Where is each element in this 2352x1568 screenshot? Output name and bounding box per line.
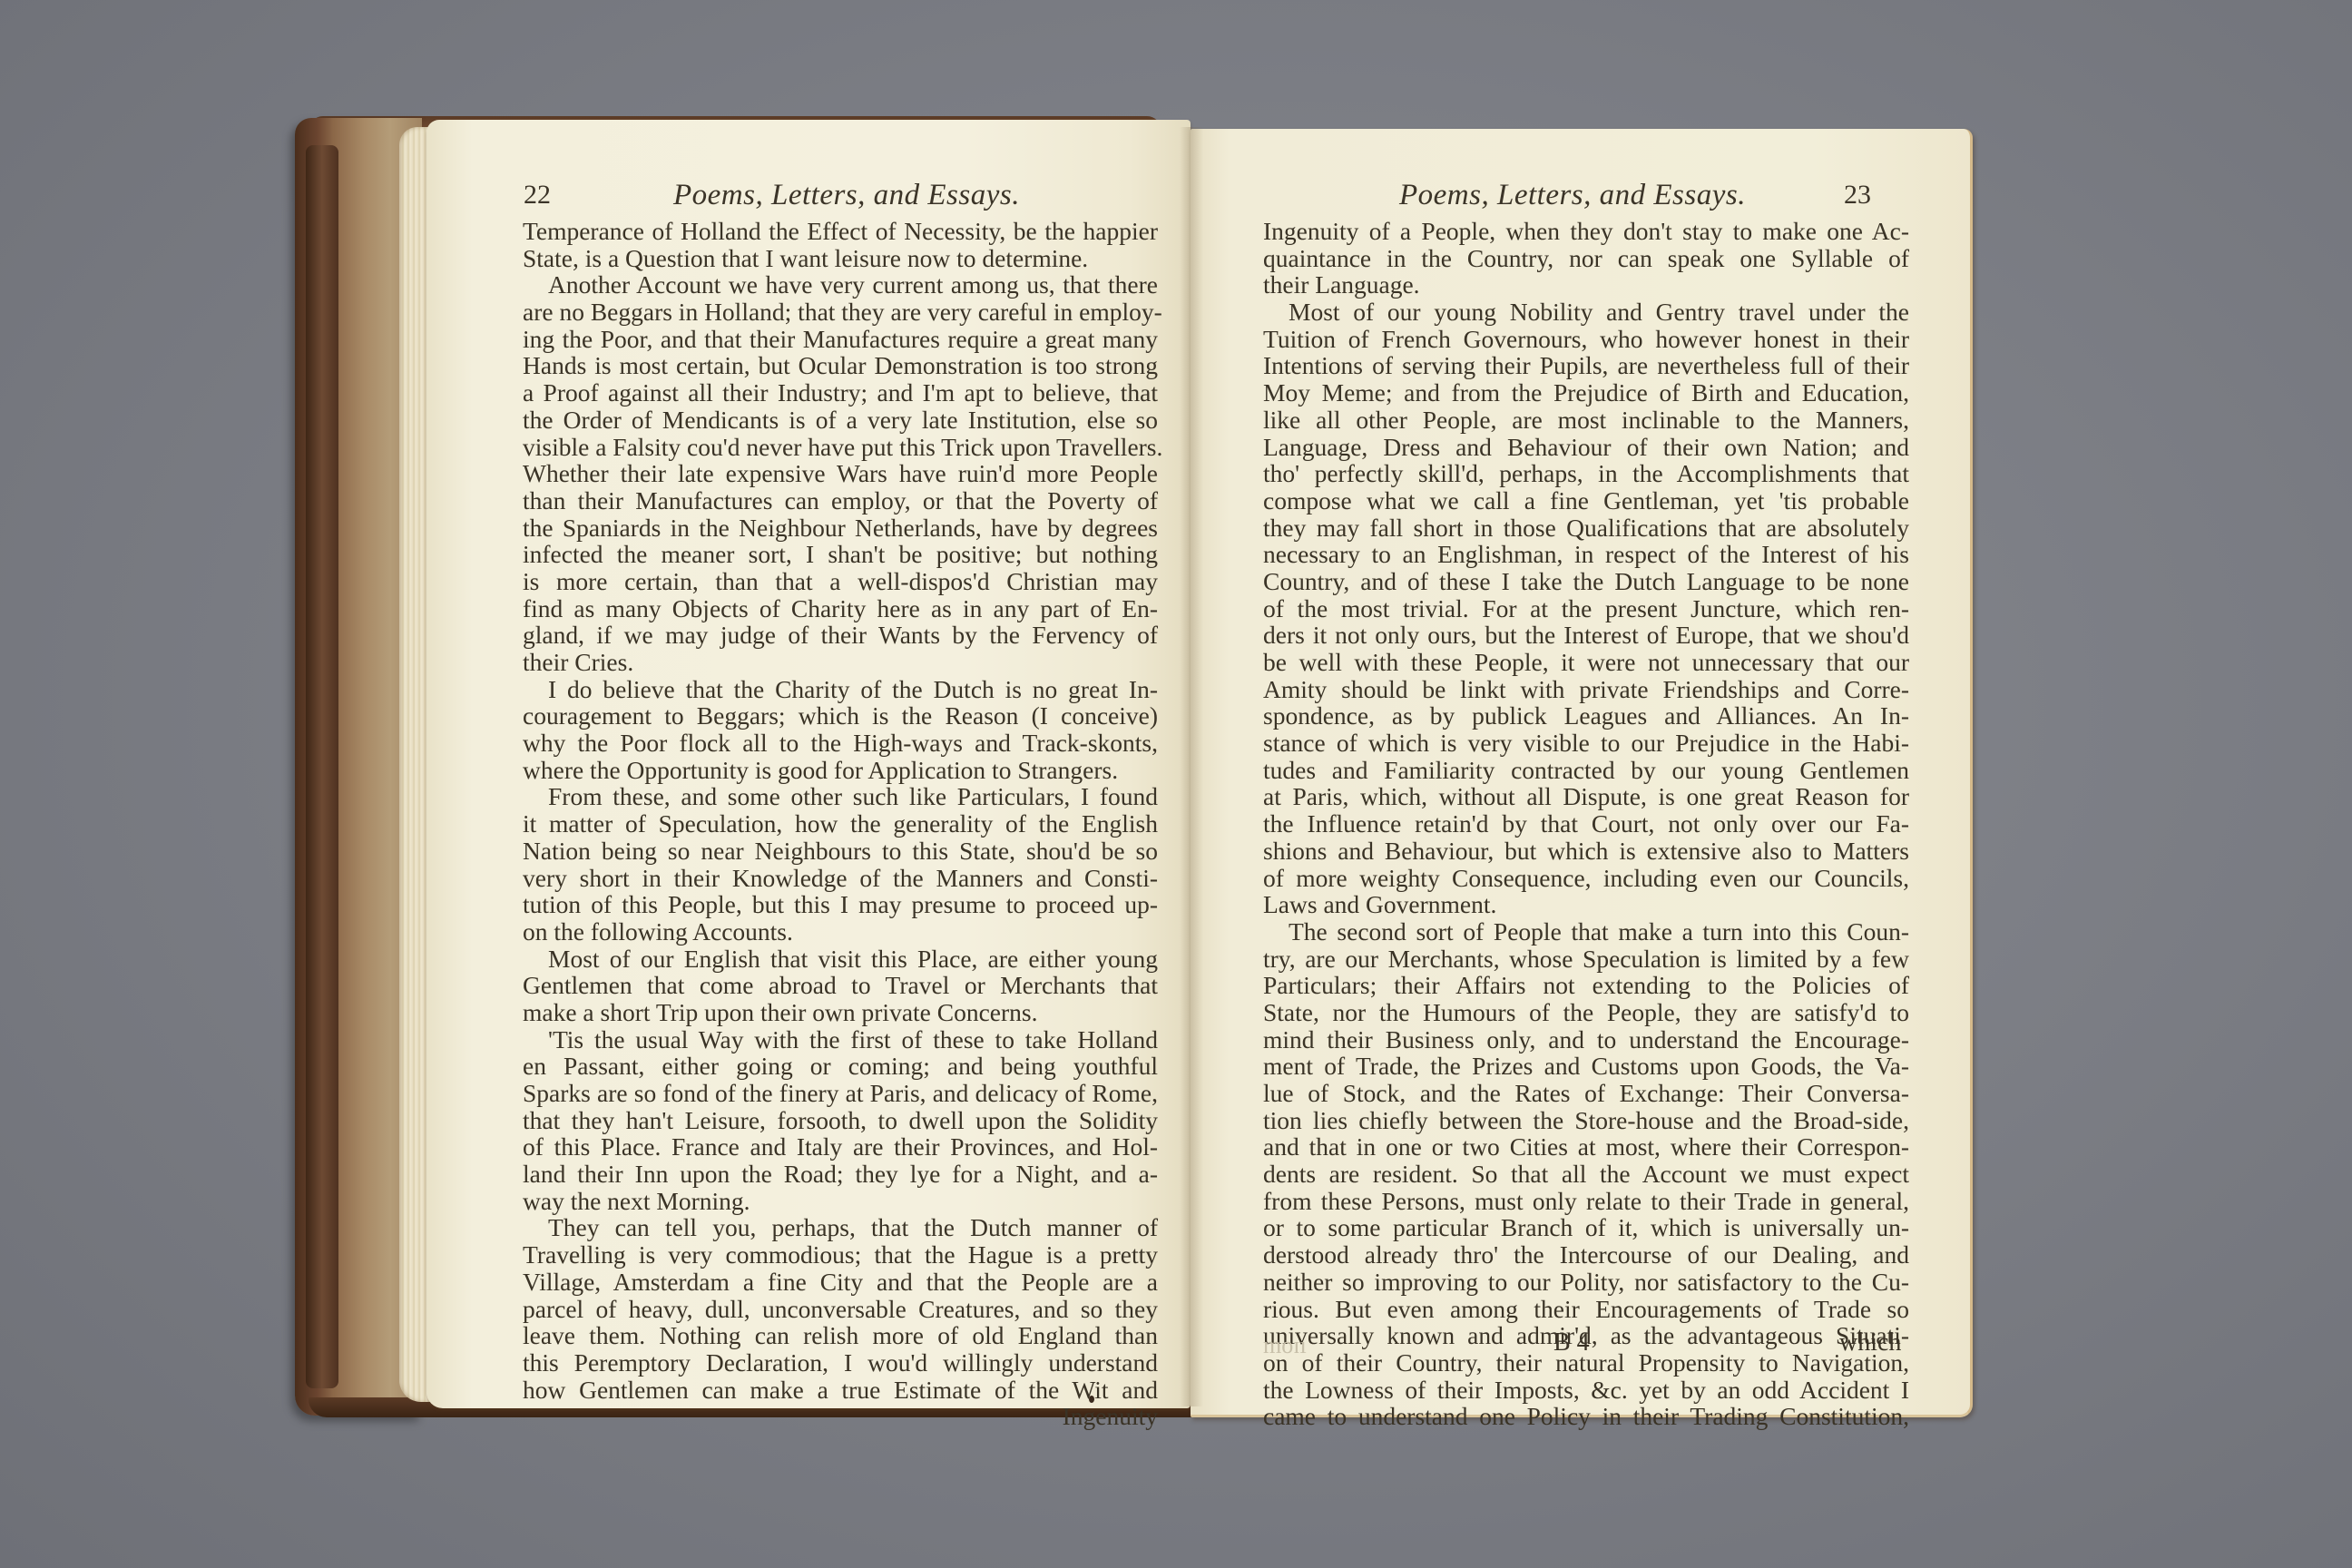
text-line: the Spaniards in the Neighbour Netherlan… bbox=[523, 514, 1158, 542]
text-line: en Passant, either going or coming; and … bbox=[523, 1053, 1158, 1080]
page-number-right: 23 bbox=[1844, 174, 1871, 216]
text-line: compose what we call a fine Gentleman, y… bbox=[1263, 487, 1909, 514]
text-line: make a short Trip upon their own private… bbox=[523, 999, 1158, 1026]
text-line: necessary to an Englishman, in respect o… bbox=[1263, 541, 1909, 568]
text-line: Tuition of French Governours, who howeve… bbox=[1263, 326, 1909, 353]
text-line: they may fall short in those Qualificati… bbox=[1263, 514, 1909, 542]
running-title-right: Poems, Letters, and Essays. bbox=[1399, 174, 1746, 216]
text-line: Nation being so near Neighbours to this … bbox=[523, 838, 1158, 865]
text-line: be well with these People, it were not u… bbox=[1263, 649, 1909, 676]
text-line: Amity should be linkt with private Frien… bbox=[1263, 676, 1909, 703]
text-line: it matter of Speculation, how the genera… bbox=[523, 810, 1158, 838]
text-line: land their Inn upon the Road; they lye f… bbox=[523, 1161, 1158, 1188]
text-line: try, are our Merchants, whose Speculatio… bbox=[1263, 946, 1909, 973]
text-line: from these Persons, must only relate to … bbox=[1263, 1188, 1909, 1215]
text-line: derstood already thro' the Intercourse o… bbox=[1263, 1241, 1909, 1269]
text-line: the Order of Mendicants is of a very lat… bbox=[523, 407, 1158, 434]
text-line: infected the meaner sort, I shan't be po… bbox=[523, 541, 1158, 568]
text-line: Particulars; their Affairs not extending… bbox=[1263, 972, 1909, 999]
text-line: lue of Stock, and the Rates of Exchange:… bbox=[1263, 1080, 1909, 1107]
text-line: ment of Trade, the Prizes and Customs up… bbox=[1263, 1053, 1909, 1080]
text-line: dents are resident. So that all the Acco… bbox=[1263, 1161, 1909, 1188]
text-line: tudes and Familiarity contracted by our … bbox=[1263, 757, 1909, 784]
text-line: of this Place. France and Italy are thei… bbox=[523, 1133, 1158, 1161]
text-line: mind their Business only, and to underst… bbox=[1263, 1026, 1909, 1053]
catchword-left: Ingenuity bbox=[523, 1403, 1158, 1430]
text-line: Sparks are so fond of the finery at Pari… bbox=[523, 1080, 1158, 1107]
text-line: 'Tis the usual Way with the first of the… bbox=[523, 1026, 1158, 1053]
text-line: They can tell you, perhaps, that the Dut… bbox=[523, 1214, 1158, 1241]
text-line: are no Beggars in Holland; that they are… bbox=[523, 299, 1158, 326]
text-line: their Cries. bbox=[523, 649, 1158, 676]
text-line: Gentlemen that come abroad to Travel or … bbox=[523, 972, 1158, 999]
text-line: this Peremptory Declaration, I wou'd wil… bbox=[523, 1349, 1158, 1377]
text-line: Hands is most certain, but Ocular Demons… bbox=[523, 352, 1158, 379]
text-line: Another Account we have very current amo… bbox=[523, 271, 1158, 299]
text-line: a Proof against all their Industry; and … bbox=[523, 379, 1158, 407]
text-line: State, is a Question that I want leisure… bbox=[523, 245, 1158, 272]
ink-speck bbox=[1089, 1396, 1094, 1403]
text-line: came to understand one Policy in their T… bbox=[1263, 1403, 1909, 1430]
text-line: that they han't Leisure, forsooth, to dw… bbox=[523, 1107, 1158, 1134]
text-line: stance of which is very visible to our P… bbox=[1263, 730, 1909, 757]
text-line: Travelling is very commodious; that the … bbox=[523, 1241, 1158, 1269]
catchword-right: which bbox=[1839, 1328, 1901, 1357]
text-line: where the Opportunity is good for Applic… bbox=[523, 757, 1158, 784]
text-line: spondence, as by publick Leagues and All… bbox=[1263, 702, 1909, 730]
text-line: Most of our English that visit this Plac… bbox=[523, 946, 1158, 973]
text-line: rious. But even among their Encouragemen… bbox=[1263, 1296, 1909, 1323]
text-line: The second sort of People that make a tu… bbox=[1263, 918, 1909, 946]
right-page: Poems, Letters, and Essays. 23 Ingenuity… bbox=[1191, 129, 1973, 1417]
open-book: 22 Poems, Letters, and Essays. Temperanc… bbox=[0, 0, 2352, 1568]
text-line: neither so improving to our Polity, nor … bbox=[1263, 1269, 1909, 1296]
text-line: on the following Accounts. bbox=[523, 918, 1158, 946]
text-line: is more certain, than that a well-dispos… bbox=[523, 568, 1158, 595]
text-line: at Paris, which, without all Dispute, is… bbox=[1263, 783, 1909, 810]
text-line: I do believe that the Charity of the Dut… bbox=[523, 676, 1158, 703]
text-line: of more weighty Consequence, including e… bbox=[1263, 865, 1909, 892]
text-line: tho' perfectly skill'd, perhaps, in the … bbox=[1263, 460, 1909, 487]
text-line: leave them. Nothing can relish more of o… bbox=[523, 1322, 1158, 1349]
page-number-left: 22 bbox=[524, 174, 551, 216]
text-line: Language, Dress and Behaviour of their o… bbox=[1263, 434, 1909, 461]
text-line: find as many Objects of Charity here as … bbox=[523, 595, 1158, 622]
text-line: State, nor the Humours of the People, th… bbox=[1263, 999, 1909, 1026]
text-line: Most of our young Nobility and Gentry tr… bbox=[1263, 299, 1909, 326]
text-line: Moy Meme; and from the Prejudice of Birt… bbox=[1263, 379, 1909, 407]
show-through-text: moɪı bbox=[1263, 1332, 1307, 1359]
text-line: shions and Behaviour, but which is exten… bbox=[1263, 838, 1909, 865]
text-line: tution of this People, but this I may pr… bbox=[523, 891, 1158, 918]
running-head-left: 22 Poems, Letters, and Essays. bbox=[426, 174, 1191, 216]
text-line: couragement to Beggars; which is the Rea… bbox=[523, 702, 1158, 730]
text-line: Country, and of these I take the Dutch L… bbox=[1263, 568, 1909, 595]
text-line: very short in their Knowledge of the Man… bbox=[523, 865, 1158, 892]
text-line: way the next Morning. bbox=[523, 1188, 1158, 1215]
text-line: Ingenuity of a People, when they don't s… bbox=[1263, 218, 1909, 245]
left-page: 22 Poems, Letters, and Essays. Temperanc… bbox=[426, 120, 1191, 1408]
text-line: Laws and Government. bbox=[1263, 891, 1909, 918]
text-line: visible a Falsity cou'd never have put t… bbox=[523, 434, 1158, 461]
running-title-left: Poems, Letters, and Essays. bbox=[673, 174, 1020, 216]
text-line: ders it not only ours, but the Interest … bbox=[1263, 622, 1909, 649]
text-line: the Influence retain'd by that Court, no… bbox=[1263, 810, 1909, 838]
text-line: their Language. bbox=[1263, 271, 1909, 299]
text-line: and that in one or two Cities at most, w… bbox=[1263, 1133, 1909, 1161]
text-line: Temperance of Holland the Effect of Nece… bbox=[523, 218, 1158, 245]
text-line: Village, Amsterdam a fine City and that … bbox=[523, 1269, 1158, 1296]
text-line: Whether their late expensive Wars have r… bbox=[523, 460, 1158, 487]
text-line: why the Poor flock all to the High-ways … bbox=[523, 730, 1158, 757]
text-line: Intentions of serving their Pupils, are … bbox=[1263, 352, 1909, 379]
text-line: tion lies chiefly between the Store-hous… bbox=[1263, 1107, 1909, 1134]
text-line: From these, and some other such like Par… bbox=[523, 783, 1158, 810]
text-line: gland, if we may judge of their Wants by… bbox=[523, 622, 1158, 649]
text-line: parcel of heavy, dull, unconversable Cre… bbox=[523, 1296, 1158, 1323]
text-line: the Lowness of their Imposts, &c. yet by… bbox=[1263, 1377, 1909, 1404]
signature-mark: B 4 bbox=[1553, 1328, 1590, 1357]
text-line: like all other People, are most inclinab… bbox=[1263, 407, 1909, 434]
text-line: ing the Poor, and that their Manufacture… bbox=[523, 326, 1158, 353]
left-page-body: Temperance of Holland the Effect of Nece… bbox=[523, 218, 1158, 1430]
running-head-right: Poems, Letters, and Essays. 23 bbox=[1191, 174, 1970, 216]
text-line: of the most trivial. For at the present … bbox=[1263, 595, 1909, 622]
text-line: than their Manufactures can employ, or t… bbox=[523, 487, 1158, 514]
text-line: quaintance in the Country, nor can speak… bbox=[1263, 245, 1909, 272]
text-line: how Gentlemen can make a true Estimate o… bbox=[523, 1377, 1158, 1404]
text-line: or to some particular Branch of it, whic… bbox=[1263, 1214, 1909, 1241]
right-page-body: Ingenuity of a People, when they don't s… bbox=[1263, 218, 1909, 1430]
